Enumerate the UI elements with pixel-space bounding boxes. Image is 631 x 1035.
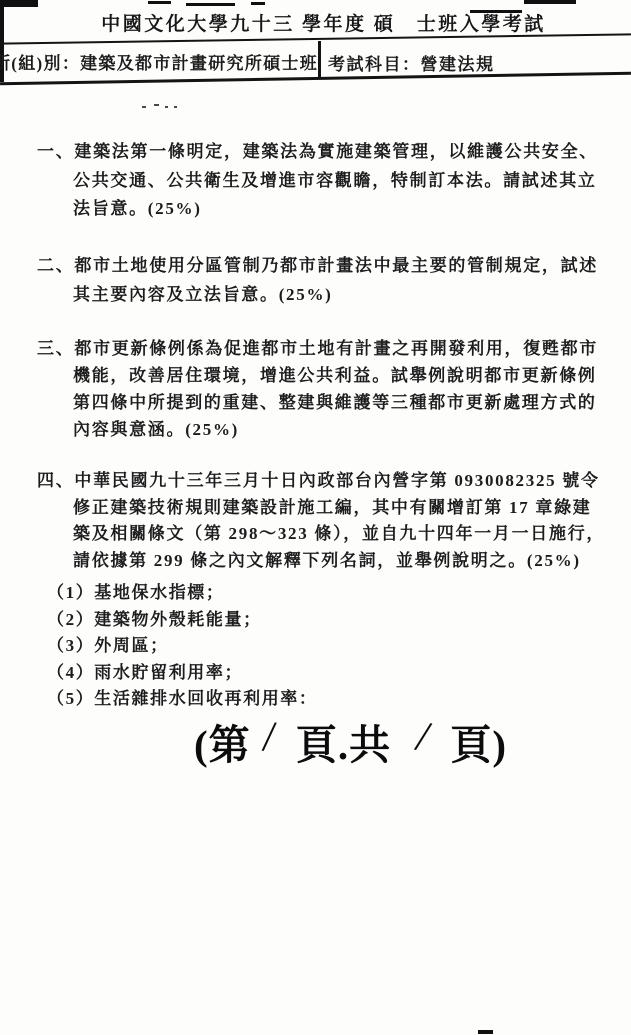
question-2-line-2: 其主要內容及立法旨意。(25%) <box>37 281 598 310</box>
pen-scribble <box>154 104 159 106</box>
page-number-footer: (第 / 頁.共 / 頁) <box>194 712 507 771</box>
question-4-line-2: 修正建築技術規則建築設計施工編，其中有關增訂第 17 章綠建 <box>37 495 605 522</box>
sub-item-5: （5）生活雜排水回收再利用率： <box>47 686 318 713</box>
pen-scribble <box>165 106 168 108</box>
footer-suffix: 頁) <box>450 712 507 771</box>
question-3-line-3: 第四條中所提到的重建、整建與維護等三種都市更新處理方式的 <box>37 389 598 416</box>
sub-item-2: （2）建築物外殼耗能量； <box>47 607 318 634</box>
scan-artifact <box>148 1 171 4</box>
question-2: 二、都市土地使用分區管制乃都市計畫法中最主要的管制規定，試述 其主要內容及立法旨… <box>37 252 598 309</box>
scan-artifact <box>0 0 38 7</box>
footer-prefix: (第 <box>194 712 251 771</box>
exam-title: 中國文化大學九十三 學年度 碩 士班入學考試 <box>0 9 631 36</box>
question-1-line-1: 一、建築法第一條明定，建築法為實施建築管理，以維護公共安全、 <box>37 138 598 167</box>
question-3: 三、都市更新條例係為促進都市土地有計畫之再開發利用，復甦都市 機能，改善居住環境… <box>37 335 598 443</box>
question-4-line-3: 築及相關條文（第 298～323 條），並自九十四年一月一日施行， <box>37 521 605 548</box>
sub-item-4: （4）雨水貯留利用率； <box>47 660 318 687</box>
scan-artifact <box>524 0 576 4</box>
sub-item-3: （3）外周區； <box>47 633 318 660</box>
question-4-line-1: 四、中華民國九十三年三月十日內政部台內營字第 0930082325 號令 <box>37 468 605 495</box>
question-3-line-2: 機能，改善居住環境，增進公共利益。試舉例說明都市更新條例 <box>37 362 598 389</box>
sub-item-1: （1）基地保水指標； <box>47 580 318 607</box>
handwritten-total-pages: / <box>412 714 435 760</box>
scanned-exam-page: 中國文化大學九十三 學年度 碩 士班入學考試 所(組)別：建築及都市計畫研究所碩… <box>0 0 631 1035</box>
department-field: 所(組)別：建築及都市計畫研究所碩士班 <box>0 49 318 74</box>
question-4-sub-items: （1）基地保水指標； （2）建築物外殼耗能量； （3）外周區； （4）雨水貯留利… <box>47 580 318 713</box>
pen-scribble <box>174 106 177 108</box>
question-1: 一、建築法第一條明定，建築法為實施建築管理，以維護公共安全、 公共交通、公共衛生… <box>37 138 598 224</box>
scan-artifact <box>251 2 265 5</box>
question-3-line-1: 三、都市更新條例係為促進都市土地有計畫之再開發利用，復甦都市 <box>37 335 598 362</box>
pen-scribble <box>142 106 146 108</box>
subject-field: 考試科目：營建法規 <box>328 50 495 75</box>
handwritten-page-number: / <box>260 714 278 759</box>
question-1-line-3: 法旨意。(25%) <box>37 195 598 224</box>
question-4-line-4: 請依據第 299 條之內文解釋下列名詞，並舉例說明之。(25%) <box>37 548 605 575</box>
question-1-line-2: 公共交通、公共衛生及增進市容觀瞻，特制訂本法。請試述其立 <box>37 167 598 196</box>
header-cell-divider <box>318 41 321 78</box>
question-4: 四、中華民國九十三年三月十日內政部台內營字第 0930082325 號令 修正建… <box>37 468 605 574</box>
scan-artifact <box>186 3 235 6</box>
footer-middle: 頁.共 <box>296 712 391 771</box>
scan-artifact <box>478 1030 493 1034</box>
question-3-line-4: 內容與意涵。(25%) <box>37 416 598 443</box>
question-2-line-1: 二、都市土地使用分區管制乃都市計畫法中最主要的管制規定，試述 <box>37 252 598 281</box>
